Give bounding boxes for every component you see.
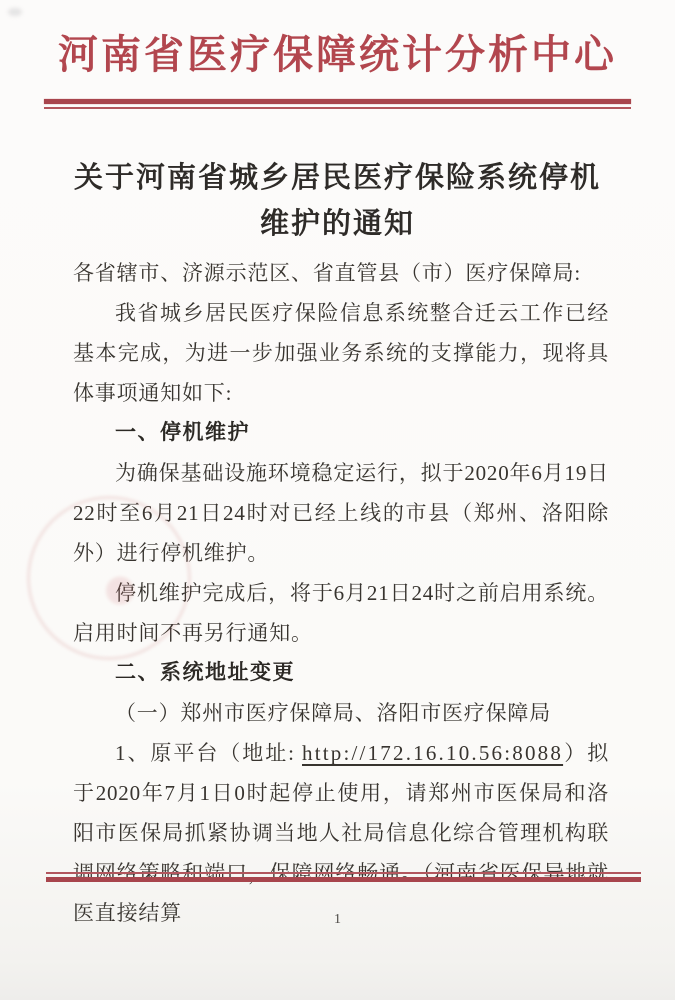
section2-heading: 二、系统地址变更 [73,653,609,693]
official-seal-faint-stamp [27,496,191,660]
notice-document-page: 河南省医疗保障统计分析中心 关于河南省城乡居民医疗保险系统停机 维护的通知 各省… [0,0,675,1000]
section1-heading: 一、停机维护 [73,413,609,453]
salutation-line: 各省辖市、济源示范区、省直管县（市）医疗保障局: [73,253,609,293]
old-platform-url-text: http://172.16.10.56:8088 [302,741,563,765]
footer-divider-thick-line [46,877,641,882]
document-title-line1: 关于河南省城乡居民医疗保险系统停机 [40,155,635,201]
photo-smudge-artifact [8,8,22,16]
letterhead-org-name: 河南省医疗保障统计分析中心 [30,26,645,84]
document-title: 关于河南省城乡居民医疗保险系统停机 维护的通知 [40,155,635,247]
intro-paragraph: 我省城乡居民医疗保险信息系统整合迁云工作已经基本完成，为进一步加强业务系统的支撑… [73,293,609,413]
section2-paragraph1-prefix: 1、原平台（地址: [115,741,302,765]
letterhead-divider-thick-line [44,99,631,104]
footer-divider-thin-line [46,872,641,874]
section2-paragraph1-suffix: ）拟于2020年7月1日0时起停止使用，请郑州市医保局和洛阳市医保局抓紧协调当地… [73,741,609,925]
document-title-line2: 维护的通知 [40,201,635,247]
footer-divider [46,872,641,882]
section2-paragraph1: 1、原平台（地址: http://172.16.10.56:8088）拟于202… [73,733,609,933]
section2-item1: （一）郑州市医疗保障局、洛阳市医疗保障局 [73,693,609,733]
page-number: 1 [0,912,675,928]
letterhead-divider-thin-line [44,107,631,109]
letterhead-divider [44,99,631,109]
